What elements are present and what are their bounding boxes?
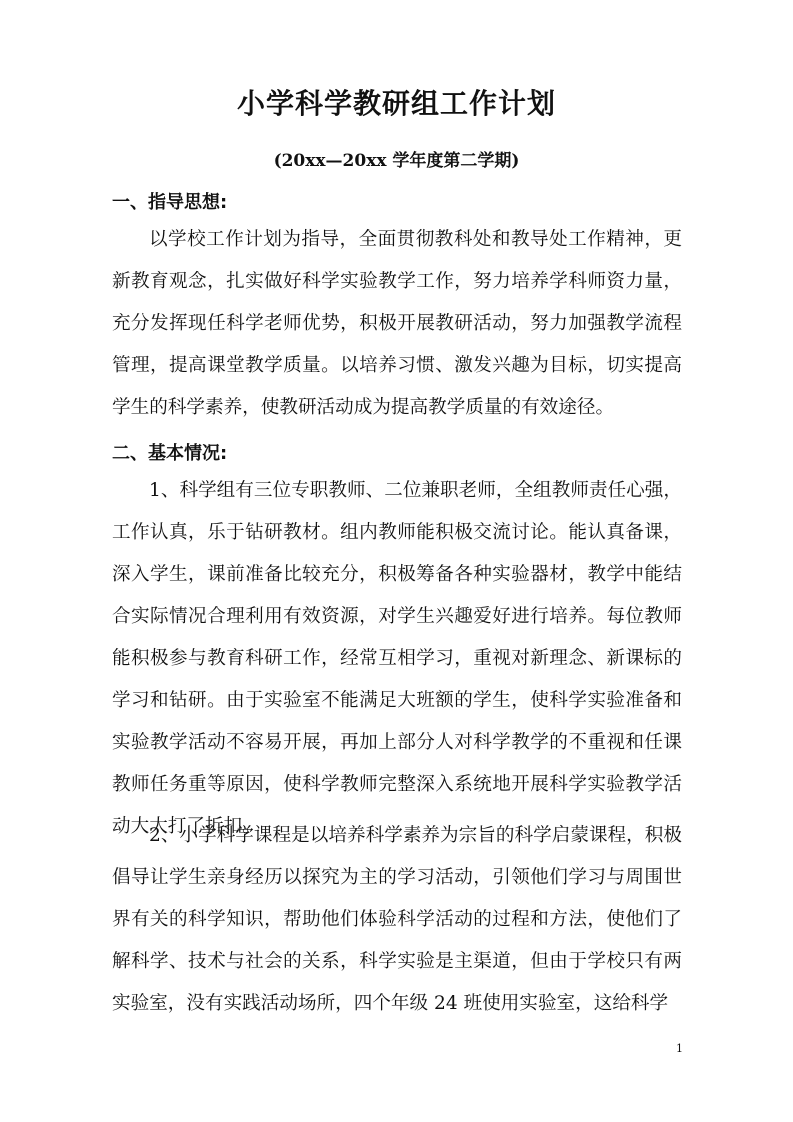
section-heading-guiding-thought: 一、指导思想: xyxy=(112,188,227,214)
paragraph-guiding-thought: 以学校工作计划为指导，全面贯彻教科处和教导处工作精神，更新教育观念，扎实做好科学… xyxy=(112,219,682,429)
document-page: 小学科学教研组工作计划 (20xx—20xx 学年度第二学期) 一、指导思想: … xyxy=(0,0,793,1122)
paragraph-basic-situation-2: 2、小学科学课程是以培养科学素养为宗旨的科学启蒙课程，积极倡导让学生亲身经历以探… xyxy=(112,815,682,1025)
section-heading-basic-situation: 二、基本情况: xyxy=(112,439,227,465)
document-subtitle: (20xx—20xx 学年度第二学期) xyxy=(0,146,793,171)
paragraph-basic-situation-1: 1、科学组有三位专职教师、二位兼职老师，全组教师责任心强，工作认真，乐于钻研教材… xyxy=(112,470,682,848)
document-title: 小学科学教研组工作计划 xyxy=(0,82,793,122)
page-number: 1 xyxy=(676,1042,683,1055)
